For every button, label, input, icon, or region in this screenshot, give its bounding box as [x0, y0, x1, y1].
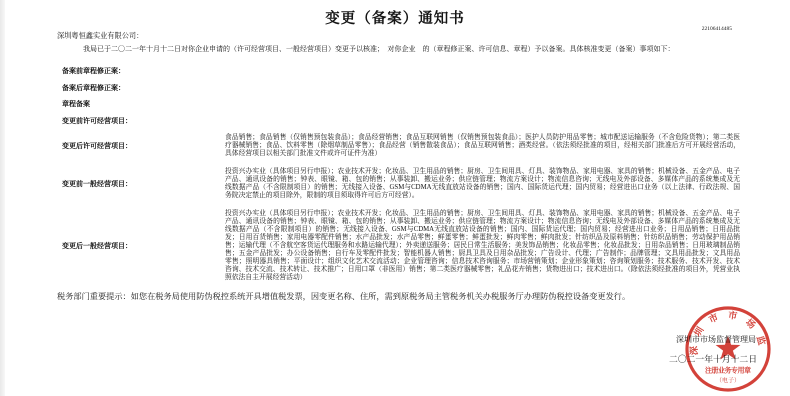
row-content: 食品销售；食品销售（仅销售预包装食品）；食品经营销售；食品互联网销售（仅销售预包… — [225, 134, 740, 158]
seal-star-icon — [716, 336, 741, 360]
row-label: 备案前章程修正案： — [62, 66, 225, 76]
table-row-amendment-after: 备案后章程修正案： — [62, 79, 740, 97]
row-label: 变更前一般经营项目： — [62, 179, 225, 189]
document-title: 变更（备案）通知书 — [0, 7, 790, 28]
row-content: 投资兴办实业（具体项目另行申报）；农业技术开发；化妆品、卫生用品的销售；厨房、卫… — [225, 168, 740, 200]
table-row-charter-filing: 章程备案 — [62, 97, 740, 110]
row-label: 变更后许可经营项目： — [62, 141, 225, 151]
notice-body-text: 我局已于二〇二一年十月十二日对你企业申请的（许可经营项目、一般经营项目）变更予以… — [83, 44, 675, 54]
row-label: 变更前许可经营项目： — [62, 116, 225, 126]
recipient-company-name: 深圳粤恒鑫实业有限公司： — [57, 31, 143, 41]
seal-caption: 注册业务专用章 — [705, 366, 751, 375]
page-edge-shade — [0, 0, 5, 396]
row-content: 投资兴办实业（具体项目另行申报）；农业技术开发；化妆品、卫生用品的销售；厨房、卫… — [225, 210, 740, 283]
table-row-amendment-before: 备案前章程修正案： — [62, 62, 740, 79]
row-label: 变更后一般经营项目： — [62, 241, 225, 251]
table-row-licensed-items-after: 变更后许可经营项目： 食品销售；食品销售（仅销售预包装食品）；食品经营销售；食品… — [62, 131, 740, 161]
row-label: 章程备案 — [62, 99, 225, 109]
seal-subcaption: （电子） — [716, 377, 740, 385]
tax-department-notice: 税务部门重要提示：如您在税务局使用防伪税控系统开具增值税发票，因变更名称、住所，… — [57, 291, 630, 302]
notice-document: 变更（备案）通知书 22106414485 深圳粤恒鑫实业有限公司： 我局已于二… — [0, 0, 790, 396]
table-row-general-items-after: 变更后一般经营项目： 投资兴办实业（具体项目另行申报）；农业技术开发；化妆品、卫… — [62, 207, 740, 285]
row-label: 备案后章程修正案： — [62, 83, 225, 93]
change-items-table: 备案前章程修正案： 备案后章程修正案： 章程备案 变更前许可经营项目： 变更后许… — [62, 62, 740, 285]
document-number: 22106414485 — [702, 26, 732, 32]
official-seal-stamp-icon: 深圳市市场监督管理局 注册业务专用章 （电子） — [676, 300, 780, 396]
table-row-general-items-before: 变更前一般经营项目： 投资兴办实业（具体项目另行申报）；农业技术开发；化妆品、卫… — [62, 161, 740, 207]
table-row-licensed-items-before: 变更前许可经营项目： — [62, 110, 740, 131]
